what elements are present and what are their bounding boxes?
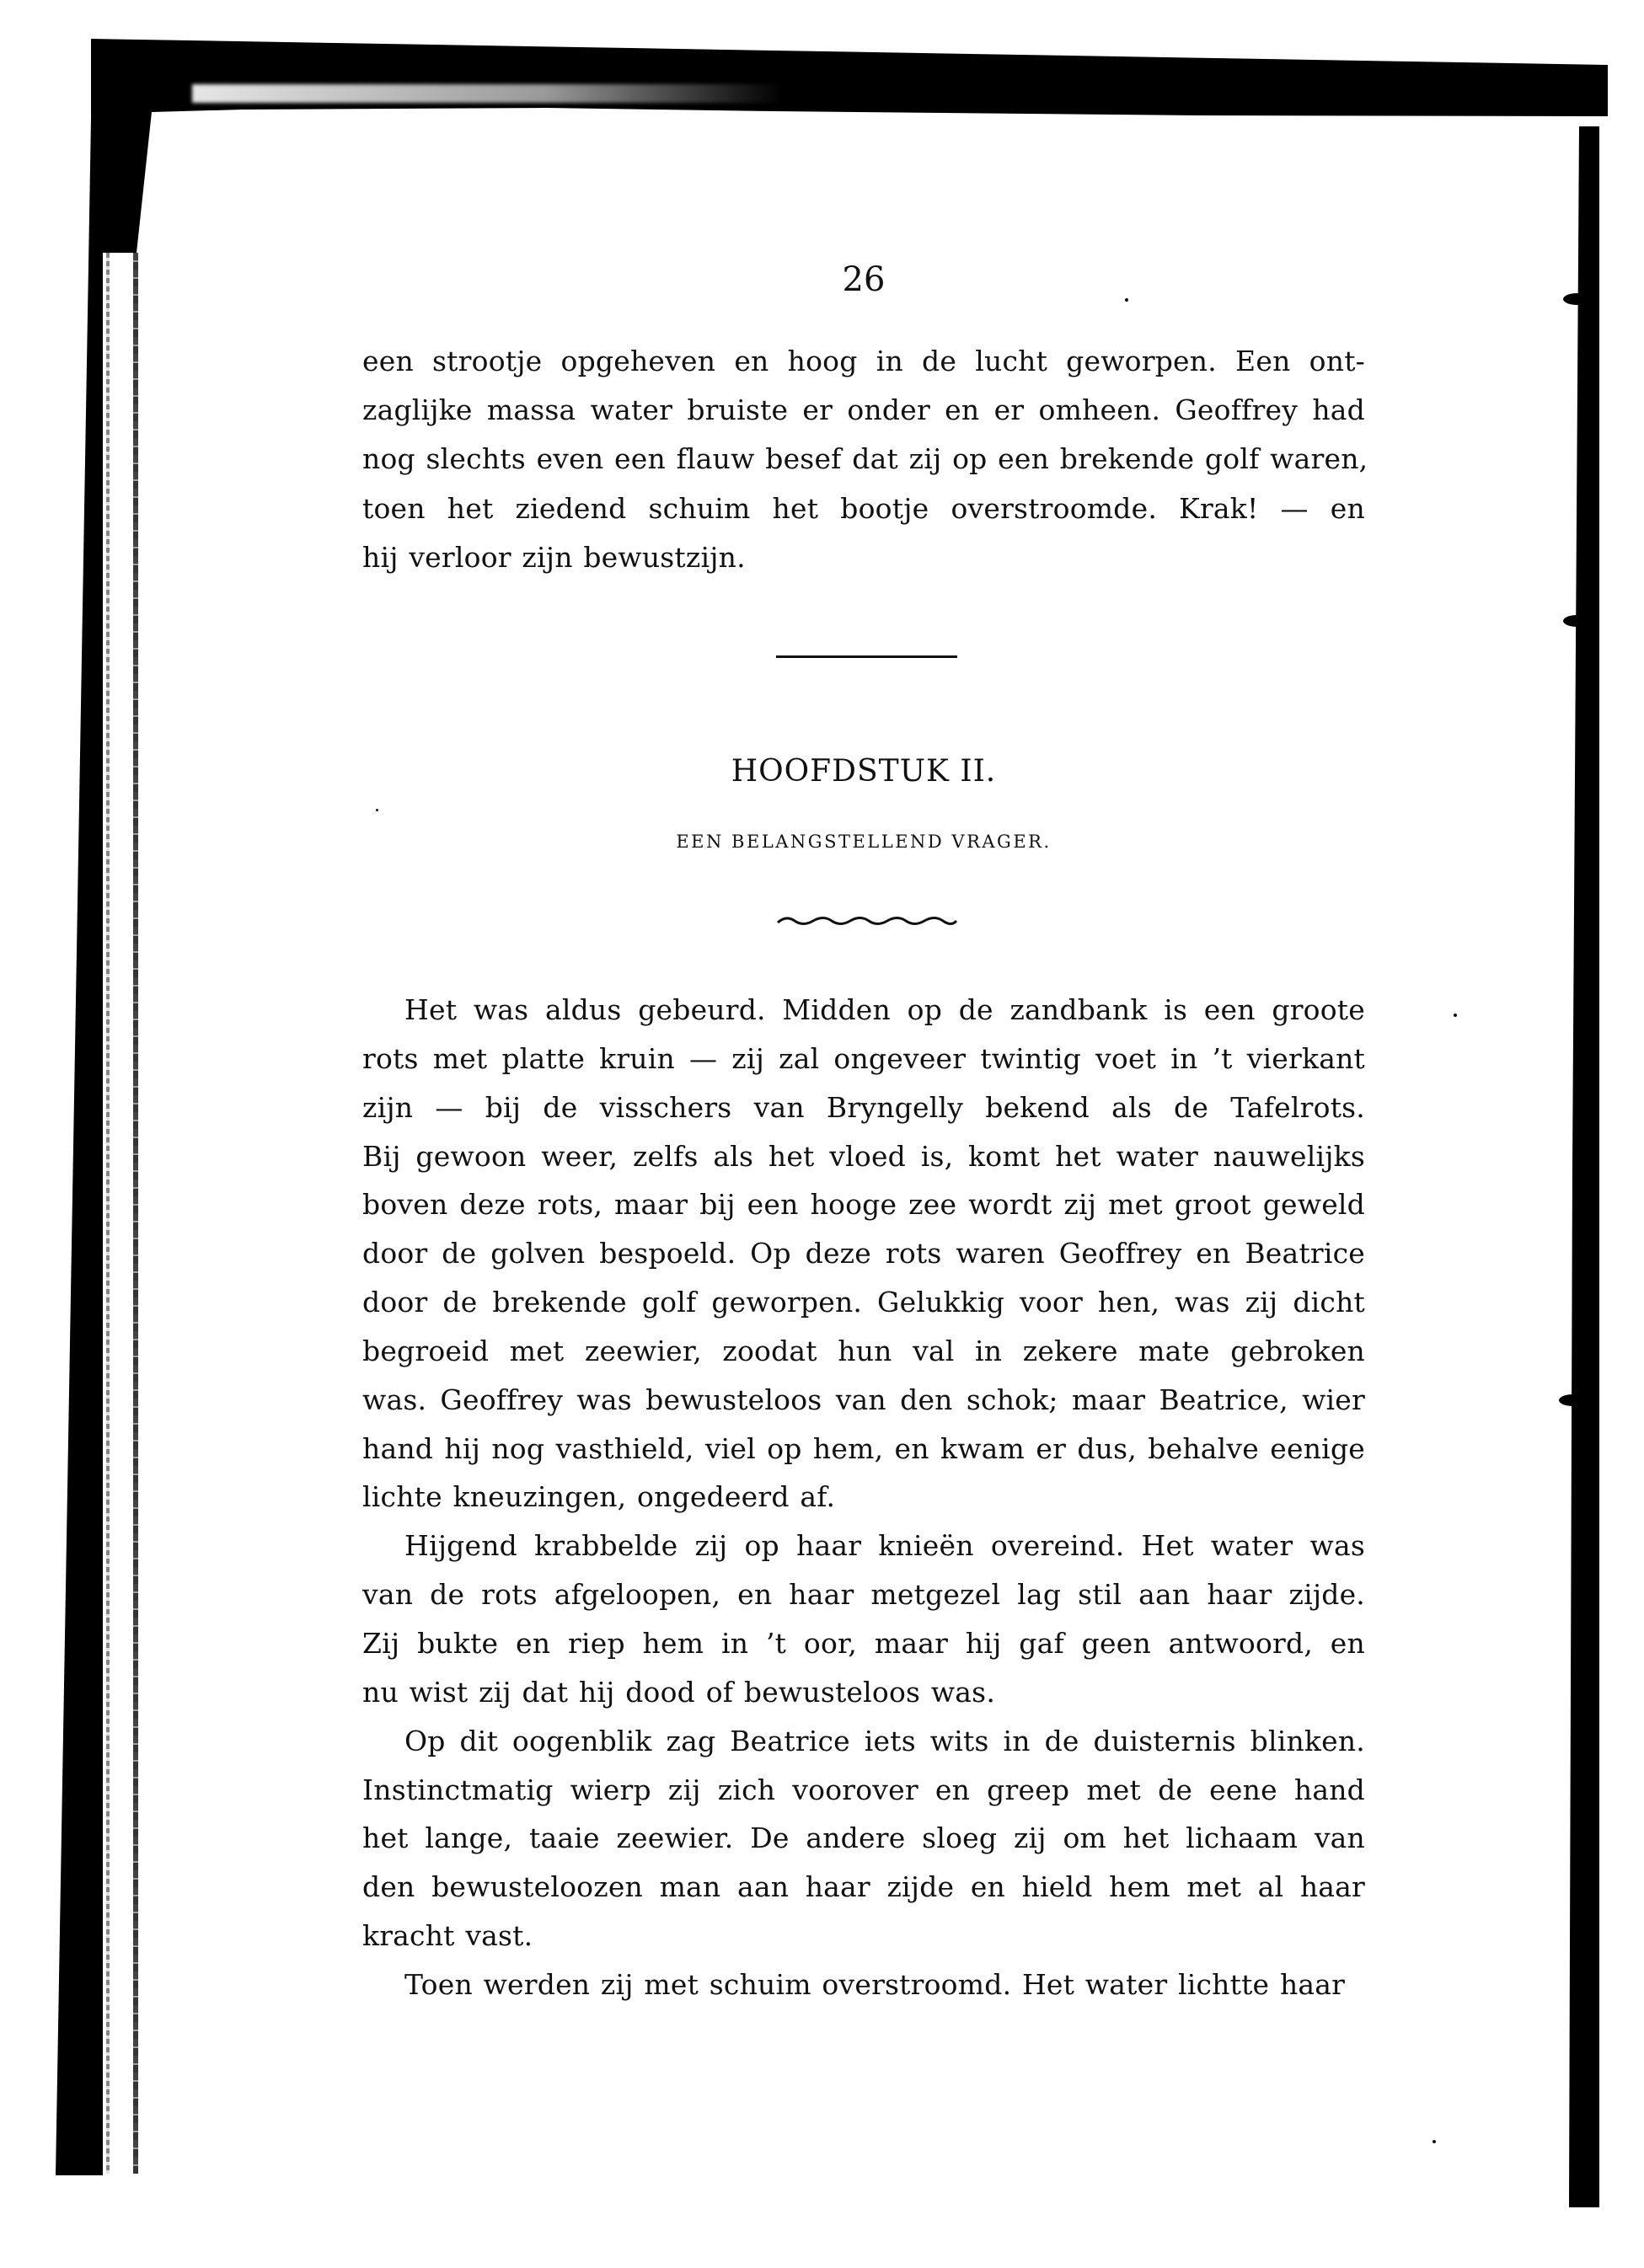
page-number: 26	[362, 263, 1365, 297]
chapter-subtitle: EEN BELANGSTELLEND VRAGER.	[362, 831, 1365, 853]
text-line: door de golven bespoeld. Op deze rots wa…	[362, 1229, 1365, 1278]
scan-speck	[1125, 298, 1128, 302]
text-line: toen het ziedend schuim het bootje overs…	[362, 484, 1365, 533]
scan-border-right	[1569, 126, 1599, 2207]
text-line: den bewusteloozen man aan haar zijde en …	[362, 1863, 1365, 1912]
chapter-title: HOOFDSTUK II.	[362, 755, 1365, 789]
text-line: door de brekende golf geworpen. Gelukkig…	[362, 1278, 1365, 1327]
text-line: lichte kneuzingen, ongedeerd af.	[362, 1473, 1365, 1522]
scan-border-top	[91, 0, 1608, 253]
text-line: kracht vast.	[362, 1912, 1365, 1960]
text-line: Toen werden zij met schuim overstroomd. …	[362, 1960, 1365, 2009]
text-line: zaglijke massa water bruiste er onder en…	[362, 386, 1365, 435]
text-line: rots met platte kruin — zij zal ongeveer…	[362, 1035, 1365, 1083]
text-line: begroeid met zeewier, zoodat hun val in …	[362, 1327, 1365, 1376]
text-line: hand hij nog vasthield, viel op hem, en …	[362, 1425, 1365, 1474]
text-line: boven deze rots, maar bij een hooge zee …	[362, 1180, 1365, 1229]
text-line: was. Geoffrey was bewusteloos van den sc…	[362, 1376, 1365, 1425]
wavy-ornament	[776, 915, 958, 927]
scan-speck	[376, 809, 378, 811]
text-line: nu wist zij dat hij dood of bewusteloos …	[362, 1668, 1365, 1717]
text-line: hij verloor zijn bewustzijn.	[362, 533, 1365, 582]
scan-edge-notch	[1559, 1394, 1588, 1406]
scan-edge-notch	[1563, 293, 1592, 305]
text-line: zijn — bij de visschers van Bryngelly be…	[362, 1083, 1365, 1132]
text-line: Zij bukte en riep hem in ’t oor, maar hi…	[362, 1619, 1365, 1668]
opening-text: een strootje opgeheven en hoog in de luc…	[362, 337, 1365, 582]
scan-border-left	[56, 118, 103, 2175]
scan-edge-notch	[1563, 615, 1592, 627]
text-line: een strootje opgeheven en hoog in de luc…	[362, 337, 1365, 386]
text-line: Op dit oogenblik zag Beatrice iets wits …	[362, 1717, 1365, 1766]
text-line: van de rots afgeloopen, en haar metgezel…	[362, 1570, 1365, 1619]
text-line: het lange, taaie zeewier. De andere sloe…	[362, 1814, 1365, 1863]
text-line: Bij gewoon weer, zelfs als het vloed is,…	[362, 1132, 1365, 1181]
scan-edge-line	[133, 253, 138, 2174]
section-divider-rule	[776, 655, 957, 658]
text-line: Hijgend krabbelde zij op haar knieën ove…	[362, 1522, 1365, 1570]
scan-speck	[1432, 2140, 1436, 2143]
scan-glare	[192, 84, 782, 103]
text-line: Instinctmatig wierp zij zich voorover en…	[362, 1766, 1365, 1815]
scan-speck	[1454, 1014, 1457, 1017]
text-line: nog slechts even een flauw besef dat zij…	[362, 435, 1365, 484]
chapter-body: Het was aldus gebeurd. Midden op de zand…	[362, 986, 1365, 2009]
text-line: Het was aldus gebeurd. Midden op de zand…	[362, 986, 1365, 1035]
scan-edge-line	[106, 253, 110, 2174]
